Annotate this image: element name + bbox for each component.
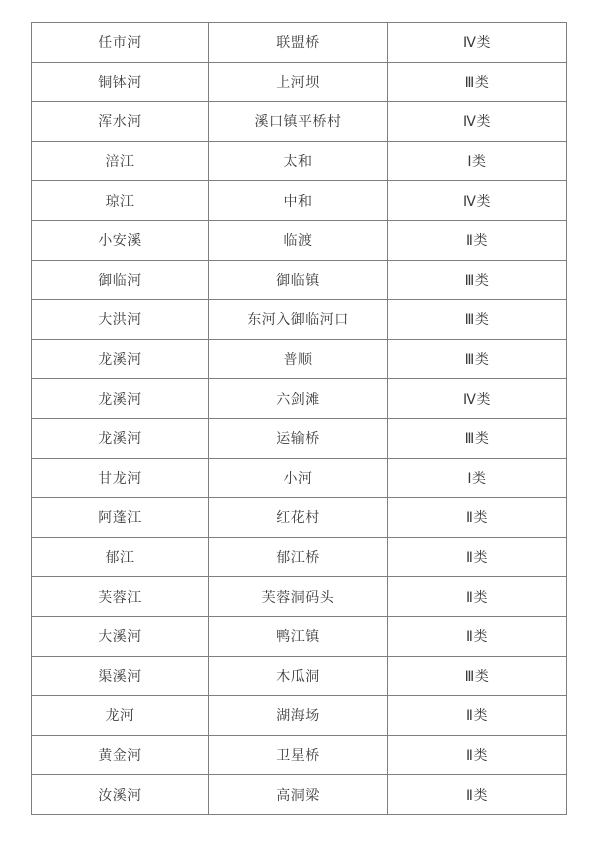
water-class-cell: Ⅰ类 xyxy=(388,141,567,181)
station-name-cell: 高洞梁 xyxy=(209,775,388,815)
water-class-cell: Ⅳ类 xyxy=(388,23,567,63)
table-body: 任市河 联盟桥 Ⅳ类 铜钵河 上河坝 Ⅲ类 浑水河 溪口镇平桥村 Ⅳ类 涪江 太… xyxy=(32,23,567,815)
water-class-cell: Ⅱ类 xyxy=(388,537,567,577)
river-name-cell: 龙溪河 xyxy=(32,418,209,458)
river-name-cell: 芙蓉江 xyxy=(32,577,209,617)
water-class-cell: Ⅲ类 xyxy=(388,418,567,458)
river-name-cell: 甘龙河 xyxy=(32,458,209,498)
river-name-cell: 琼江 xyxy=(32,181,209,221)
river-name-cell: 阿蓬江 xyxy=(32,498,209,538)
table-row: 铜钵河 上河坝 Ⅲ类 xyxy=(32,62,567,102)
water-class-cell: Ⅱ类 xyxy=(388,220,567,260)
table-row: 大溪河 鸭江镇 Ⅱ类 xyxy=(32,616,567,656)
table-row: 汝溪河 高洞梁 Ⅱ类 xyxy=(32,775,567,815)
station-name-cell: 普顺 xyxy=(209,339,388,379)
station-name-cell: 郁江桥 xyxy=(209,537,388,577)
table-row: 龙河 湖海场 Ⅱ类 xyxy=(32,696,567,736)
document-page: 任市河 联盟桥 Ⅳ类 铜钵河 上河坝 Ⅲ类 浑水河 溪口镇平桥村 Ⅳ类 涪江 太… xyxy=(0,0,600,845)
station-name-cell: 六剑滩 xyxy=(209,379,388,419)
station-name-cell: 木瓜洞 xyxy=(209,656,388,696)
station-name-cell: 中和 xyxy=(209,181,388,221)
water-class-cell: Ⅳ类 xyxy=(388,102,567,142)
water-class-cell: Ⅲ类 xyxy=(388,339,567,379)
table-row: 琼江 中和 Ⅳ类 xyxy=(32,181,567,221)
water-class-cell: Ⅲ类 xyxy=(388,300,567,340)
table-row: 郁江 郁江桥 Ⅱ类 xyxy=(32,537,567,577)
table-row: 涪江 太和 Ⅰ类 xyxy=(32,141,567,181)
river-name-cell: 御临河 xyxy=(32,260,209,300)
water-class-cell: Ⅳ类 xyxy=(388,181,567,221)
river-name-cell: 铜钵河 xyxy=(32,62,209,102)
water-class-cell: Ⅳ类 xyxy=(388,379,567,419)
table-row: 任市河 联盟桥 Ⅳ类 xyxy=(32,23,567,63)
river-name-cell: 浑水河 xyxy=(32,102,209,142)
station-name-cell: 临渡 xyxy=(209,220,388,260)
water-class-cell: Ⅱ类 xyxy=(388,696,567,736)
table-row: 阿蓬江 红花村 Ⅱ类 xyxy=(32,498,567,538)
river-name-cell: 涪江 xyxy=(32,141,209,181)
water-class-cell: Ⅱ类 xyxy=(388,735,567,775)
water-class-cell: Ⅲ类 xyxy=(388,62,567,102)
station-name-cell: 溪口镇平桥村 xyxy=(209,102,388,142)
table-row: 御临河 御临镇 Ⅲ类 xyxy=(32,260,567,300)
river-name-cell: 汝溪河 xyxy=(32,775,209,815)
river-name-cell: 郁江 xyxy=(32,537,209,577)
water-class-cell: Ⅱ类 xyxy=(388,616,567,656)
station-name-cell: 红花村 xyxy=(209,498,388,538)
table-row: 龙溪河 普顺 Ⅲ类 xyxy=(32,339,567,379)
table-row: 小安溪 临渡 Ⅱ类 xyxy=(32,220,567,260)
station-name-cell: 御临镇 xyxy=(209,260,388,300)
river-name-cell: 龙河 xyxy=(32,696,209,736)
water-class-cell: Ⅰ类 xyxy=(388,458,567,498)
station-name-cell: 卫星桥 xyxy=(209,735,388,775)
water-class-cell: Ⅱ类 xyxy=(388,498,567,538)
table-row: 龙溪河 六剑滩 Ⅳ类 xyxy=(32,379,567,419)
station-name-cell: 联盟桥 xyxy=(209,23,388,63)
station-name-cell: 太和 xyxy=(209,141,388,181)
river-name-cell: 渠溪河 xyxy=(32,656,209,696)
table-row: 黄金河 卫星桥 Ⅱ类 xyxy=(32,735,567,775)
water-class-cell: Ⅱ类 xyxy=(388,775,567,815)
table-row: 渠溪河 木瓜洞 Ⅲ类 xyxy=(32,656,567,696)
water-quality-table: 任市河 联盟桥 Ⅳ类 铜钵河 上河坝 Ⅲ类 浑水河 溪口镇平桥村 Ⅳ类 涪江 太… xyxy=(31,22,567,815)
table-row: 芙蓉江 芙蓉洞码头 Ⅱ类 xyxy=(32,577,567,617)
river-name-cell: 龙溪河 xyxy=(32,379,209,419)
table-row: 大洪河 东河入御临河口 Ⅲ类 xyxy=(32,300,567,340)
river-name-cell: 小安溪 xyxy=(32,220,209,260)
station-name-cell: 运输桥 xyxy=(209,418,388,458)
station-name-cell: 东河入御临河口 xyxy=(209,300,388,340)
table-row: 甘龙河 小河 Ⅰ类 xyxy=(32,458,567,498)
table-row: 龙溪河 运输桥 Ⅲ类 xyxy=(32,418,567,458)
river-name-cell: 大溪河 xyxy=(32,616,209,656)
station-name-cell: 上河坝 xyxy=(209,62,388,102)
water-class-cell: Ⅲ类 xyxy=(388,260,567,300)
river-name-cell: 龙溪河 xyxy=(32,339,209,379)
water-class-cell: Ⅲ类 xyxy=(388,656,567,696)
table-row: 浑水河 溪口镇平桥村 Ⅳ类 xyxy=(32,102,567,142)
station-name-cell: 湖海场 xyxy=(209,696,388,736)
station-name-cell: 小河 xyxy=(209,458,388,498)
river-name-cell: 黄金河 xyxy=(32,735,209,775)
station-name-cell: 鸭江镇 xyxy=(209,616,388,656)
river-name-cell: 大洪河 xyxy=(32,300,209,340)
water-class-cell: Ⅱ类 xyxy=(388,577,567,617)
station-name-cell: 芙蓉洞码头 xyxy=(209,577,388,617)
river-name-cell: 任市河 xyxy=(32,23,209,63)
